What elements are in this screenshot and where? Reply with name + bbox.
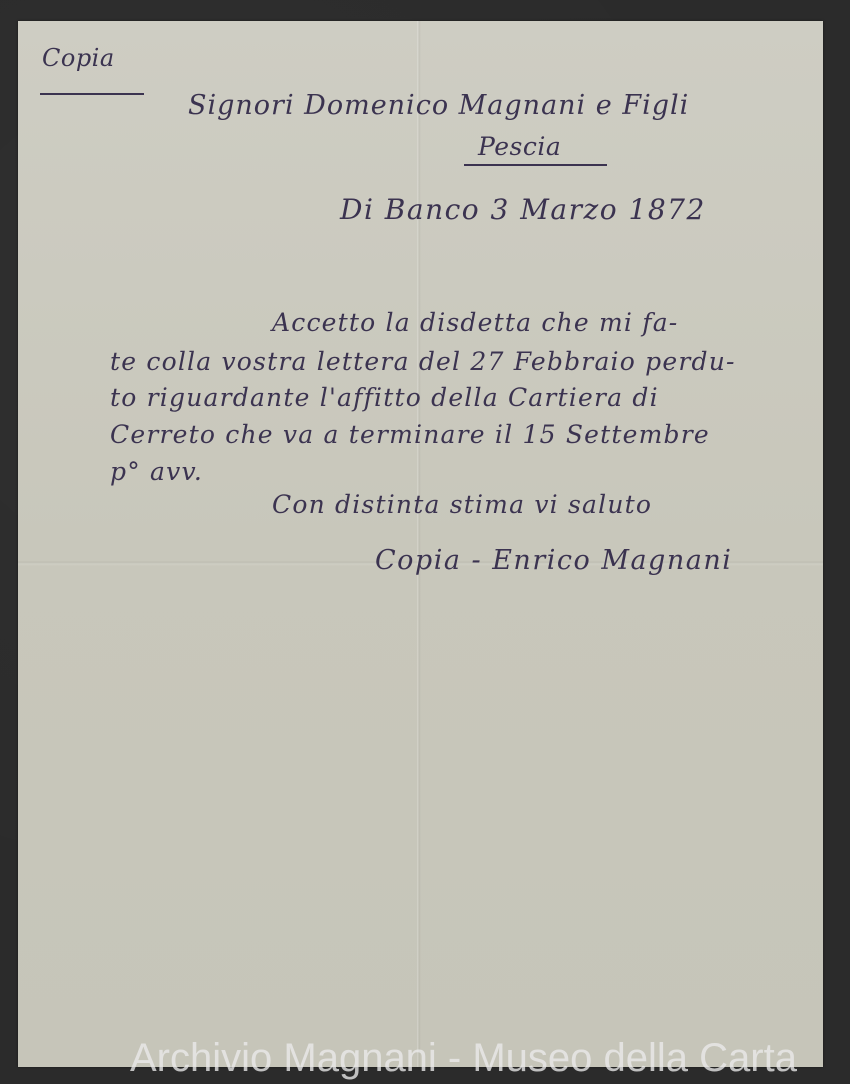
dateline: Di Banco 3 Marzo 1872 <box>340 193 706 226</box>
addressee: Signori Domenico Magnani e Figli <box>188 90 689 121</box>
copy-mark-underline <box>40 93 144 95</box>
city-underline <box>464 164 607 166</box>
body-line: Accetto la disdetta che mi fa- <box>272 308 678 337</box>
body-line: te colla vostra lettera del 27 Febbraio … <box>110 347 736 376</box>
copy-mark: Copia <box>42 44 115 72</box>
body-line: Cerreto che va a terminare il 15 Settemb… <box>110 420 710 449</box>
body-line: to riguardante l'affitto della Cartiera … <box>110 383 659 412</box>
addressee-city: Pescia <box>478 132 561 161</box>
signature: Copia - Enrico Magnani <box>375 545 732 576</box>
archive-watermark: Archivio Magnani - Museo della Carta <box>130 1036 797 1081</box>
body-line: p° avv. <box>110 457 203 486</box>
closing-salutation: Con distinta stima vi saluto <box>272 490 652 519</box>
letter-sheet <box>18 21 823 1067</box>
